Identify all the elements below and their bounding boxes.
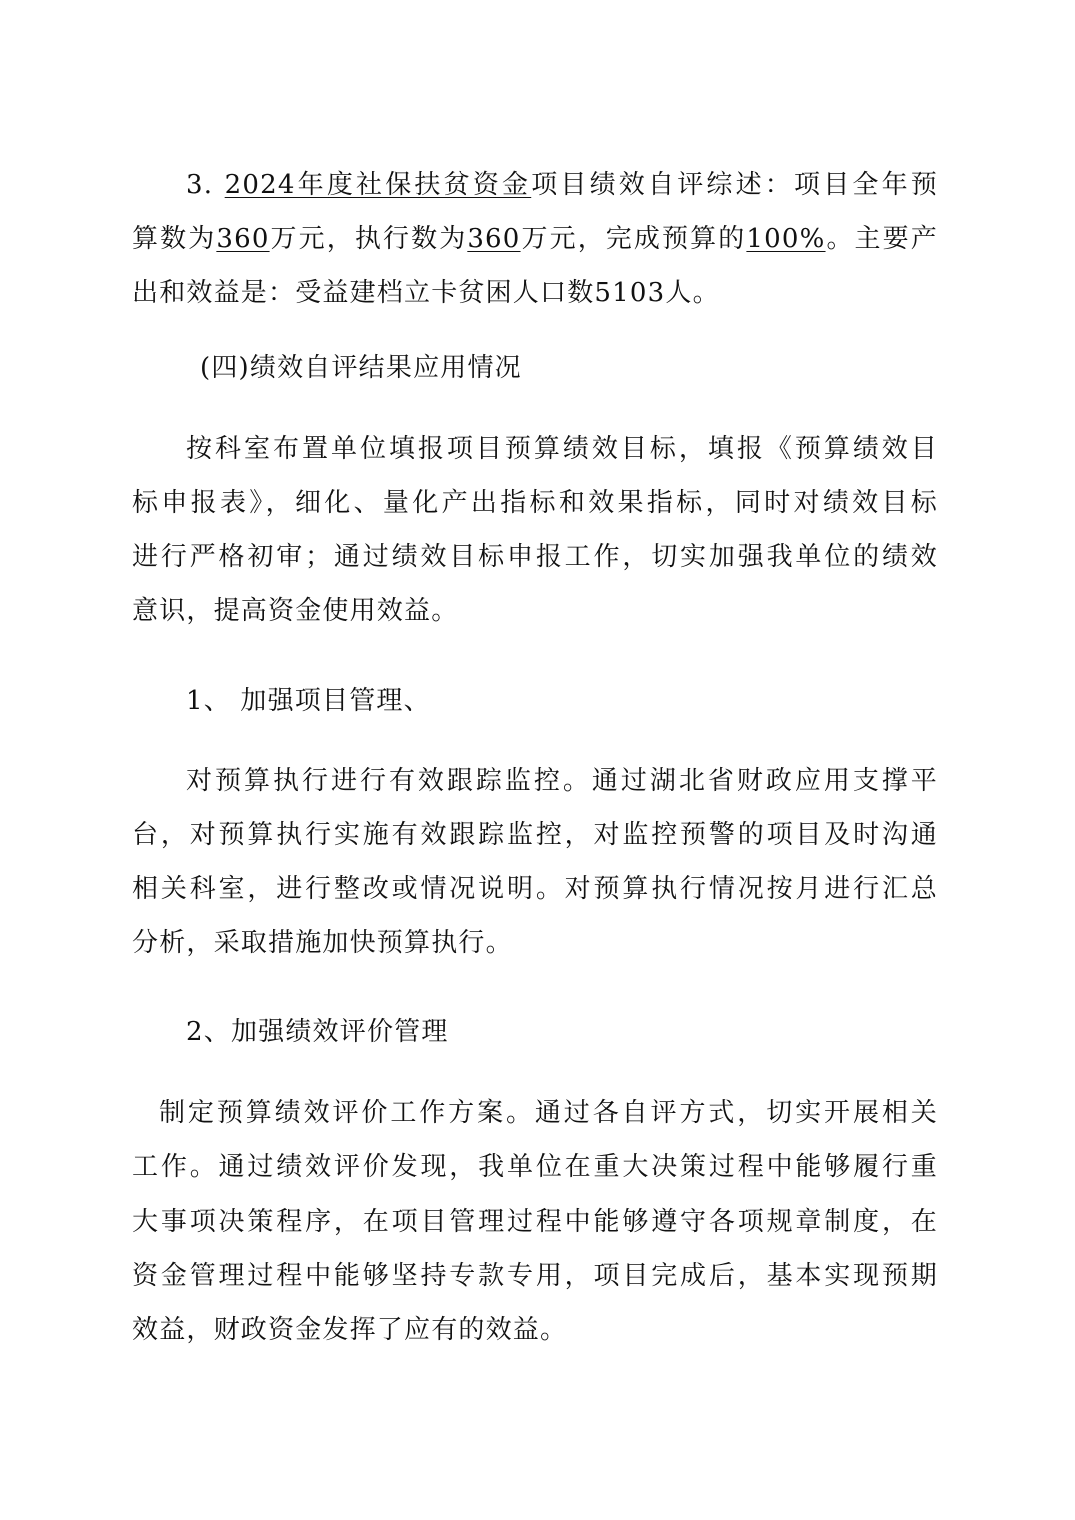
text-fragment: 万元，完成预算的 (521, 224, 747, 254)
item3-project-title: 2024年度社保扶贫资金 (225, 170, 532, 200)
para3-line: 大事项决策程序，在项目管理过程中能够遵守各项规章制度，在 (132, 1205, 938, 1239)
para2-line: 台，对预算执行实施有效跟踪监控，对监控预警的项目及时沟通 (132, 818, 938, 852)
sub2-heading: 2、加强绩效评价管理 (186, 1015, 992, 1049)
section4-heading: (四)绩效自评结果应用情况 (200, 351, 1006, 385)
item3-prefix: 3. (186, 170, 225, 200)
item3-line1-rest: 项目绩效自评综述：项目全年预 (531, 170, 938, 200)
text-fragment: 。主要产 (826, 224, 938, 254)
para1-line: 标申报表》，细化、量化产出指标和效果指标，同时对绩效目标 (132, 486, 938, 520)
para3-line: 资金管理过程中能够坚持专款专用，项目完成后，基本实现预期 (132, 1259, 938, 1293)
para1-line: 进行严格初审；通过绩效目标申报工作，切实加强我单位的绩效 (132, 540, 938, 574)
text-fragment: 算数为 (132, 224, 216, 254)
item3-line3: 出和效益是：受益建档立卡贫困人口数5103人。 (132, 276, 938, 310)
item3-line2: 算数为360万元，执行数为360万元，完成预算的100%。主要产 (132, 222, 938, 256)
completion-percent: 100% (746, 224, 825, 254)
item3-line1: 3. 2024年度社保扶贫资金项目绩效自评综述：项目全年预 (132, 168, 938, 202)
executed-amount: 360 (467, 224, 520, 254)
para1-line: 意识，提高资金使用效益。 (132, 594, 938, 628)
text-fragment: 万元，执行数为 (270, 224, 468, 254)
para3-line: 制定预算绩效评价工作方案。通过各自评方式，切实开展相关 (132, 1096, 938, 1130)
para1-line: 按科室布置单位填报项目预算绩效目标，填报《预算绩效目 (132, 432, 938, 466)
budget-amount: 360 (216, 224, 269, 254)
para2-line: 对预算执行进行有效跟踪监控。通过湖北省财政应用支撑平 (132, 764, 938, 798)
para3-line: 工作。通过绩效评价发现，我单位在重大决策过程中能够履行重 (132, 1150, 938, 1184)
para2-line: 分析，采取措施加快预算执行。 (132, 926, 938, 960)
para2-line: 相关科室，进行整改或情况说明。对预算执行情况按月进行汇总 (132, 872, 938, 906)
para3-line: 效益，财政资金发挥了应有的效益。 (132, 1313, 938, 1347)
sub1-heading: 1、 加强项目管理、 (186, 684, 992, 718)
